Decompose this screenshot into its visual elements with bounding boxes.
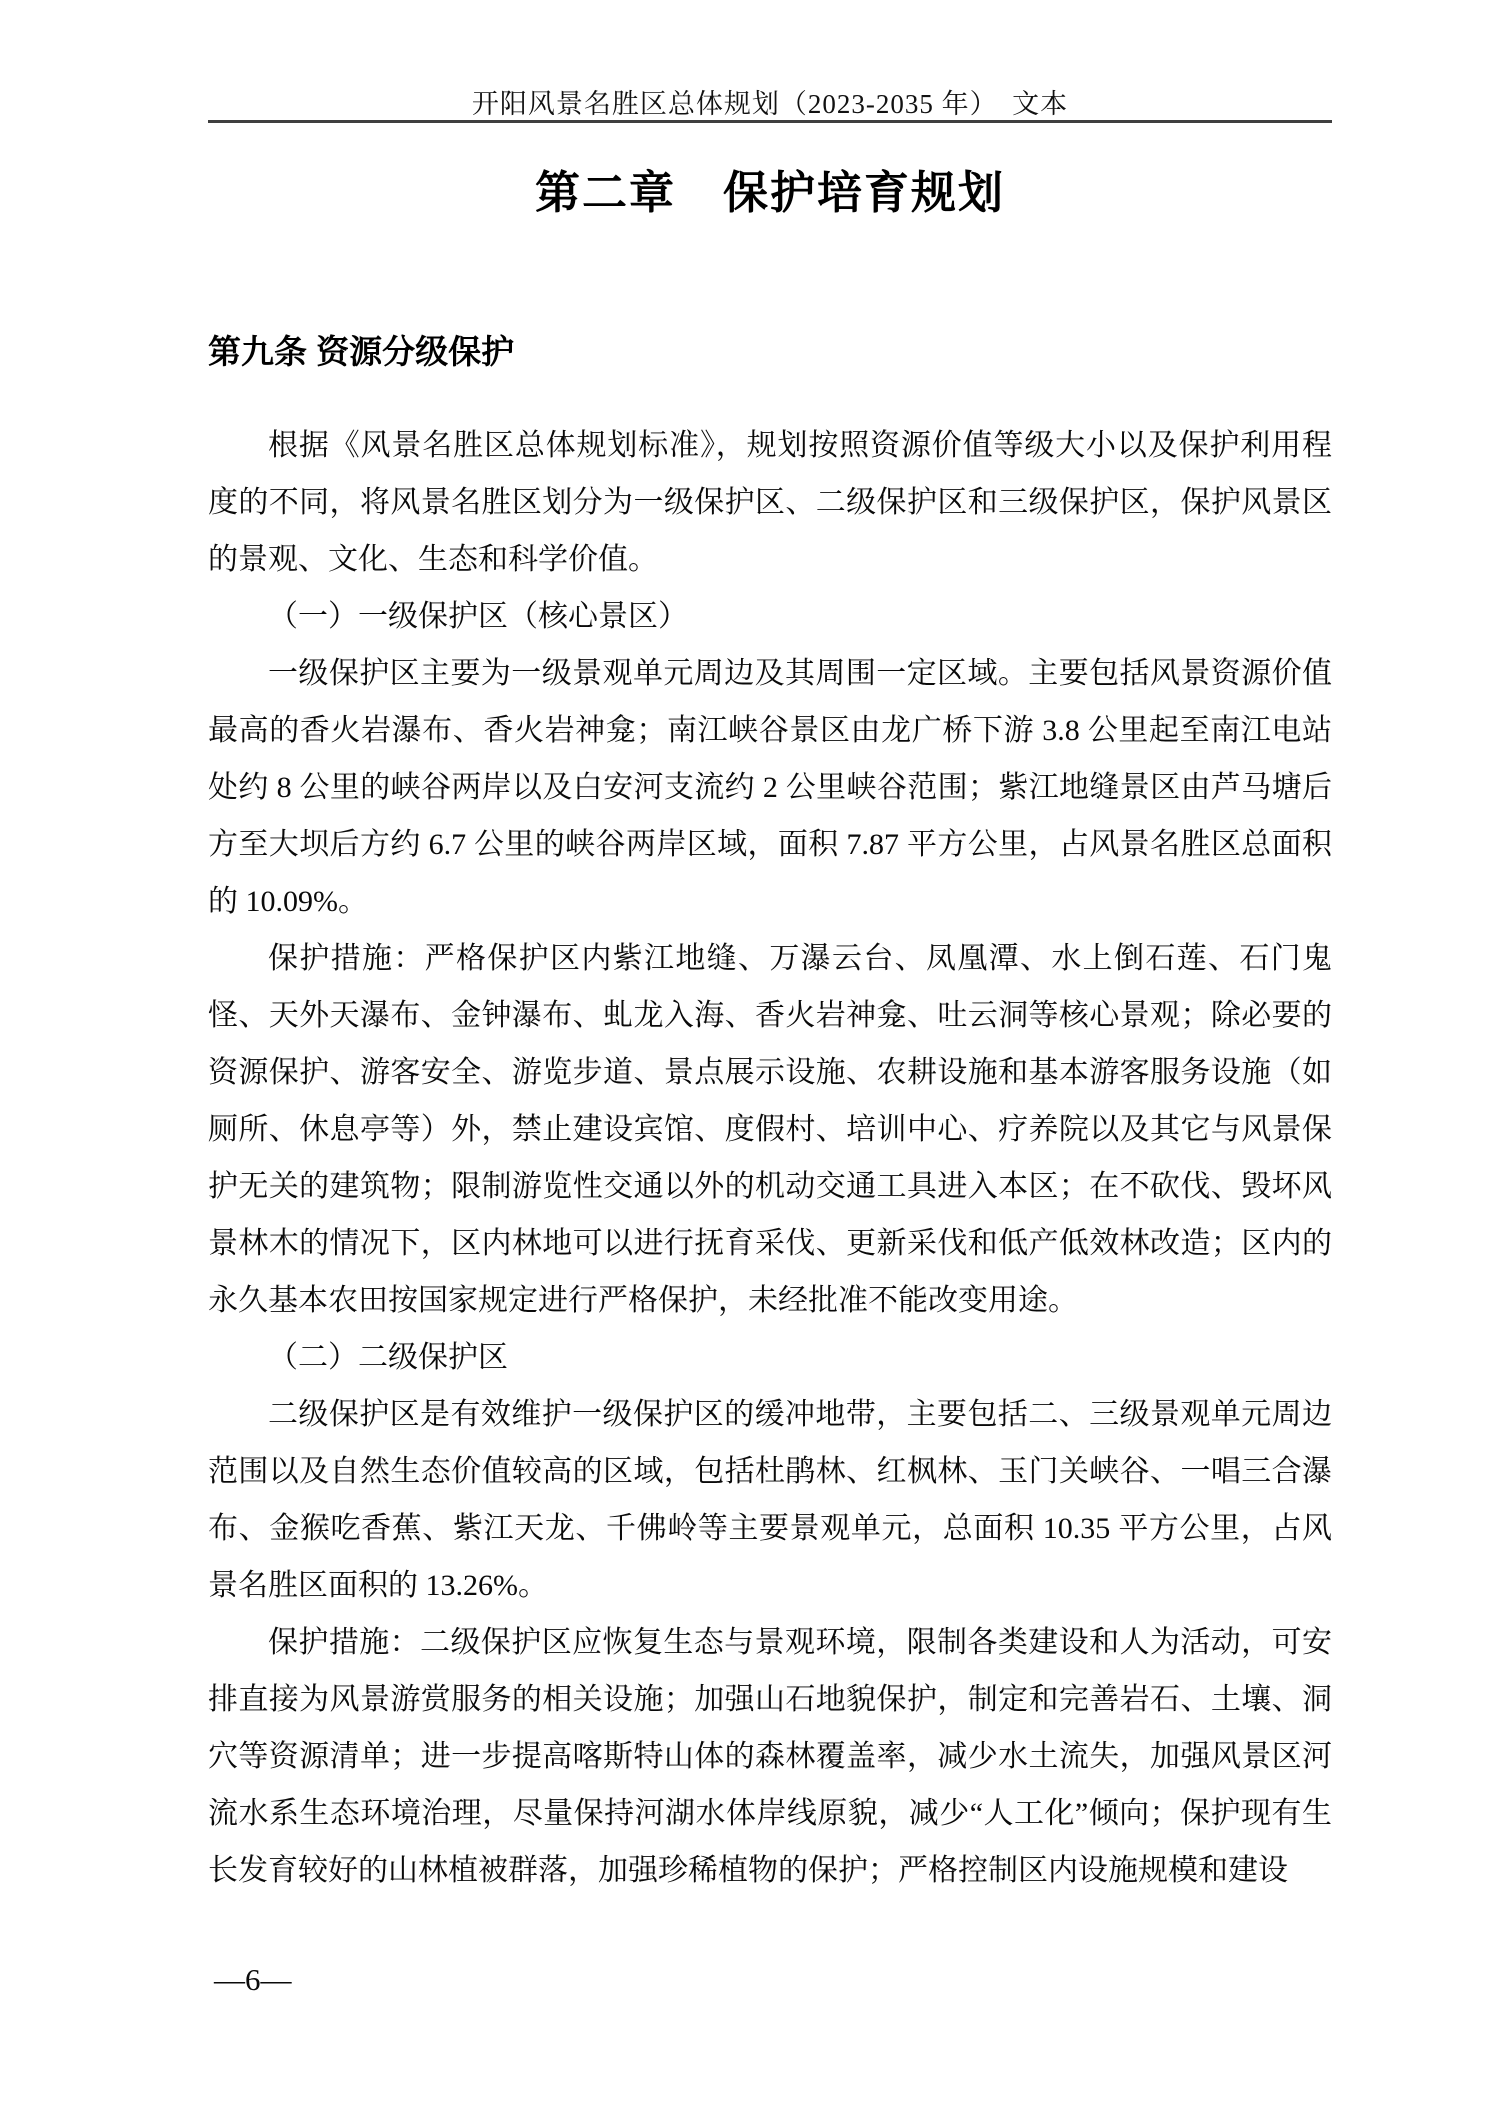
paragraph-level2-scope: 二级保护区是有效维护一级保护区的缓冲地带，主要包括二、三级景观单元周边范围以及自…: [208, 1386, 1332, 1614]
running-header-title: 开阳风景名胜区总体规划（2023-2035 年） 文本: [208, 82, 1332, 121]
section-heading: 第九条 资源分级保护: [208, 326, 1332, 373]
page-number: —6—: [214, 1962, 292, 1998]
paragraph-level1-scope: 一级保护区主要为一级景观单元周边及其周围一定区域。主要包括风景资源价值最高的香火…: [208, 645, 1332, 930]
paragraph-subhead-level1: （一）一级保护区（核心景区）: [208, 588, 1332, 645]
chapter-title: 第二章 保护培育规划: [208, 156, 1332, 221]
header-rule: [208, 120, 1332, 123]
body-text: 根据《风景名胜区总体规划标准》，规划按照资源价值等级大小以及保护利用程度的不同，…: [208, 417, 1332, 1899]
paragraph-level1-measures: 保护措施：严格保护区内紫江地缝、万瀑云台、凤凰潭、水上倒石莲、石门鬼怪、天外天瀑…: [208, 930, 1332, 1329]
paragraph-intro: 根据《风景名胜区总体规划标准》，规划按照资源价值等级大小以及保护利用程度的不同，…: [208, 417, 1332, 588]
paragraph-level2-measures: 保护措施：二级保护区应恢复生态与景观环境，限制各类建设和人为活动，可安排直接为风…: [208, 1614, 1332, 1899]
document-page: 开阳风景名胜区总体规划（2023-2035 年） 文本 第二章 保护培育规划 第…: [0, 0, 1488, 2104]
paragraph-subhead-level2: （二）二级保护区: [208, 1329, 1332, 1386]
